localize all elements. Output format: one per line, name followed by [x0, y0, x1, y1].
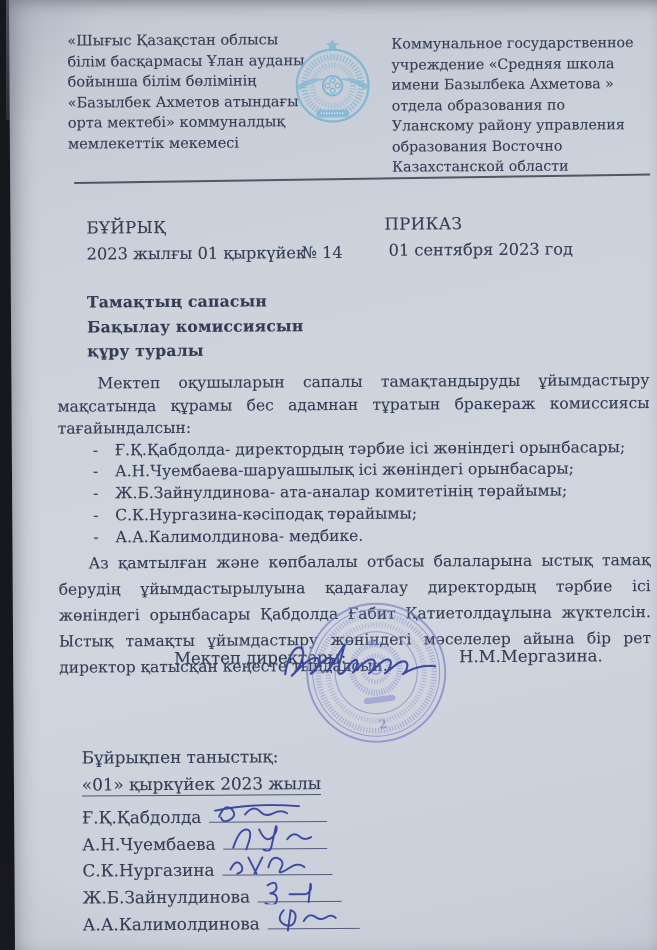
member-text: А.А.Калимолдинова- медбике. — [115, 526, 363, 546]
list-dash: - — [93, 527, 98, 549]
body-paragraph: Мектеп оқушыларын сапалы тамақтандыруды … — [57, 369, 649, 440]
document-content: «Шығыс Қазақстан облысы білім басқармасы… — [0, 0, 657, 950]
letterhead-russian: Коммунальное государственное учреждение … — [391, 33, 647, 178]
subject-line: құру туралы — [87, 338, 304, 364]
order-number: № 14 — [302, 243, 343, 262]
signature-kalimoldinova — [268, 905, 360, 929]
letterhead-kazakh: «Шығыс Қазақстан облысы білім басқармасы… — [67, 30, 318, 155]
order-title-ru: ПРИКАЗ — [384, 214, 462, 233]
letterhead-line: Уланскому району управления — [392, 115, 647, 137]
order-date-kk: 2023 жылғы 01 қыркүйек — [87, 243, 307, 263]
signatory-name: С.К.Нургазина — [82, 860, 214, 881]
list-dash: - — [93, 484, 98, 506]
letterhead-line: образования Восточно — [392, 136, 647, 158]
header-divider — [74, 174, 650, 185]
signature-chuyembayeva — [223, 826, 327, 850]
document-photo: «Шығыс Қазақстан облысы білім басқармасы… — [0, 0, 657, 950]
member-text: А.Н.Чуембаева-шаруашылық ісі жөніндегі о… — [115, 460, 574, 481]
stamp-number: 2 — [378, 717, 388, 732]
kazakhstan-emblem-icon — [286, 36, 379, 129]
signature-kabdolda — [209, 799, 327, 823]
ack-signatory: Ж.Б.Зайнулдинова — [82, 879, 359, 907]
ack-signatory: Ғ.Қ.Қабдолда — [82, 799, 359, 827]
list-dash: - — [93, 505, 98, 527]
letterhead-line: бойынша білім бөлімінің — [68, 71, 318, 93]
letterhead-line: білім басқармасы Ұлан ауданы — [67, 51, 317, 73]
commission-member: - А.А.Калимолдинова- медбике. — [58, 524, 650, 549]
signatory-name: Ғ.Қ.Қабдолда — [82, 807, 201, 828]
letterhead-line: отдела образования по — [392, 95, 647, 117]
letterhead-line: «Шығыс Қазақстан облысы — [67, 30, 317, 52]
signature-nurgazina — [222, 852, 332, 876]
ack-signatory: С.К.Нургазина — [82, 852, 359, 880]
list-dash: - — [93, 440, 98, 462]
order-title-kk: БҰЙРЫҚ — [86, 218, 166, 237]
signatory-name: А.А.Калимолдинова — [83, 913, 260, 934]
letterhead-line: «Базылбек Ахметов атындағы — [68, 92, 318, 114]
ack-date: «01» қыркүйек 2023 жылы — [82, 772, 359, 800]
order-subject: Тамақтың сапасын Бақылау комиссиясын құр… — [87, 289, 304, 364]
director-name: Н.М.Мергазина. — [459, 646, 603, 666]
member-text: С.К.Нургазина-кәсіподақ төрайымы; — [115, 504, 417, 524]
subject-line: Тамақтың сапасын — [87, 289, 304, 315]
order-date-ru: 01 сентября 2023 год — [389, 240, 573, 260]
letterhead-line: мемлекеттік мекемесі — [68, 133, 318, 155]
subject-line: Бақылау комиссиясын — [87, 314, 304, 340]
letterhead-line: Коммунальное государственное — [391, 33, 646, 55]
letterhead-line: имени Базылбека Ахметова » — [392, 74, 647, 96]
member-text: Ж.Б.Зайнулдинова- ата-аналар комитетінің… — [115, 482, 567, 503]
signature-zaynuldinova — [258, 879, 342, 903]
ack-signatory: А.А.Калимолдинова — [83, 905, 360, 933]
director-signature-handwriting — [277, 627, 457, 692]
ack-title-text: Бұйрықпен таныстық: — [82, 746, 279, 767]
acknowledgment-block: Бұйрықпен таныстық: «01» қыркүйек 2023 ж… — [82, 746, 360, 934]
list-dash: - — [93, 462, 98, 484]
letterhead-line: орта мектебі» коммуналдық — [68, 112, 318, 134]
ack-signatory: А.Н.Чуембаева — [82, 826, 359, 854]
member-text: Ғ.Қ.Қабдолда- директордың тәрбие ісі жөн… — [115, 438, 625, 459]
signatory-name: Ж.Б.Зайнулдинова — [83, 886, 251, 907]
letterhead-line: учреждение «Средняя школа — [391, 54, 646, 76]
ack-date-text: «01» қыркүйек 2023 жылы — [82, 773, 321, 796]
signatory-name: А.Н.Чуембаева — [82, 833, 215, 854]
